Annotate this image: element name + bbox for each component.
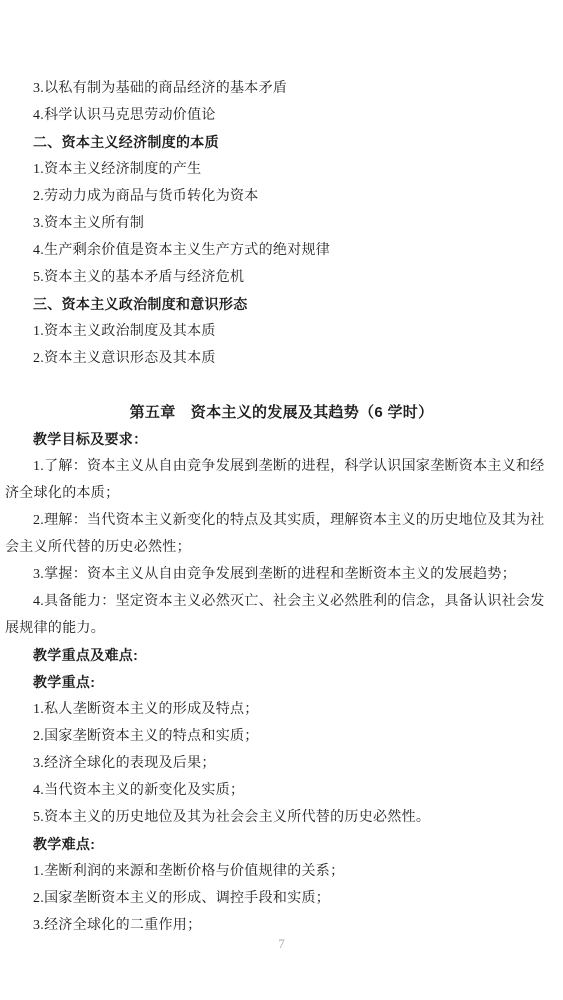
outline-item: 1.资本主义政治制度及其本质: [5, 318, 558, 345]
section-heading-key-points-and-difficulties: 教学重点及难点:: [5, 642, 558, 669]
outline-item: 2.劳动力成为商品与货币转化为资本: [5, 183, 558, 210]
key-point-item: 3.经济全球化的表现及后果；: [5, 750, 558, 777]
objective-item: 3.掌握：资本主义从自由竞争发展到垄断的进程和垄断资本主义的发展趋势；: [5, 561, 558, 588]
outline-item: 4.生产剩余价值是资本主义生产方式的绝对规律: [5, 237, 558, 264]
key-point-item: 5.资本主义的历史地位及其为社会会主义所代替的历史必然性。: [5, 804, 558, 831]
outline-item: 4.科学认识马克思劳动价值论: [5, 102, 558, 129]
objective-item: 4.具备能力：坚定资本主义必然灭亡、社会主义必然胜利的信念，具备认识社会发展规律…: [5, 588, 558, 642]
outline-item: 2.资本主义意识形态及其本质: [5, 345, 558, 372]
section-heading-key-points: 教学重点:: [5, 669, 558, 696]
key-point-item: 4.当代资本主义的新变化及实质；: [5, 777, 558, 804]
outline-item: 3.以私有制为基础的商品经济的基本矛盾: [5, 75, 558, 102]
objective-item: 2.理解：当代资本主义新变化的特点及其实质，理解资本主义的历史地位及其为社会主义…: [5, 507, 558, 561]
outline-item: 1.资本主义经济制度的产生: [5, 156, 558, 183]
key-point-item: 1.私人垄断资本主义的形成及特点；: [5, 696, 558, 723]
outline-section-heading: 二、资本主义经济制度的本质: [5, 129, 558, 156]
difficulty-item: 1.垄断利润的来源和垄断价格与价值规律的关系；: [5, 858, 558, 885]
document-content: 3.以私有制为基础的商品经济的基本矛盾 4.科学认识马克思劳动价值论 二、资本主…: [0, 0, 563, 939]
objective-item: 1.了解：资本主义从自由竞争发展到垄断的进程，科学认识国家垄断资本主义和经济全球…: [5, 453, 558, 507]
section-heading-difficulties: 教学难点:: [5, 831, 558, 858]
outline-item: 3.资本主义所有制: [5, 210, 558, 237]
section-heading-objectives: 教学目标及要求：: [5, 426, 558, 453]
difficulty-item: 2.国家垄断资本主义的形成、调控手段和实质；: [5, 885, 558, 912]
blank-line: [5, 372, 558, 399]
chapter-title: 第五章 资本主义的发展及其趋势（6 学时）: [5, 399, 558, 426]
outline-item: 5.资本主义的基本矛盾与经济危机: [5, 264, 558, 291]
outline-section-heading: 三、资本主义政治制度和意识形态: [5, 291, 558, 318]
key-point-item: 2.国家垄断资本主义的特点和实质；: [5, 723, 558, 750]
difficulty-item: 3.经济全球化的二重作用；: [5, 912, 558, 939]
document-page: 3.以私有制为基础的商品经济的基本矛盾 4.科学认识马克思劳动价值论 二、资本主…: [0, 0, 563, 1000]
page-number: 7: [0, 936, 563, 952]
